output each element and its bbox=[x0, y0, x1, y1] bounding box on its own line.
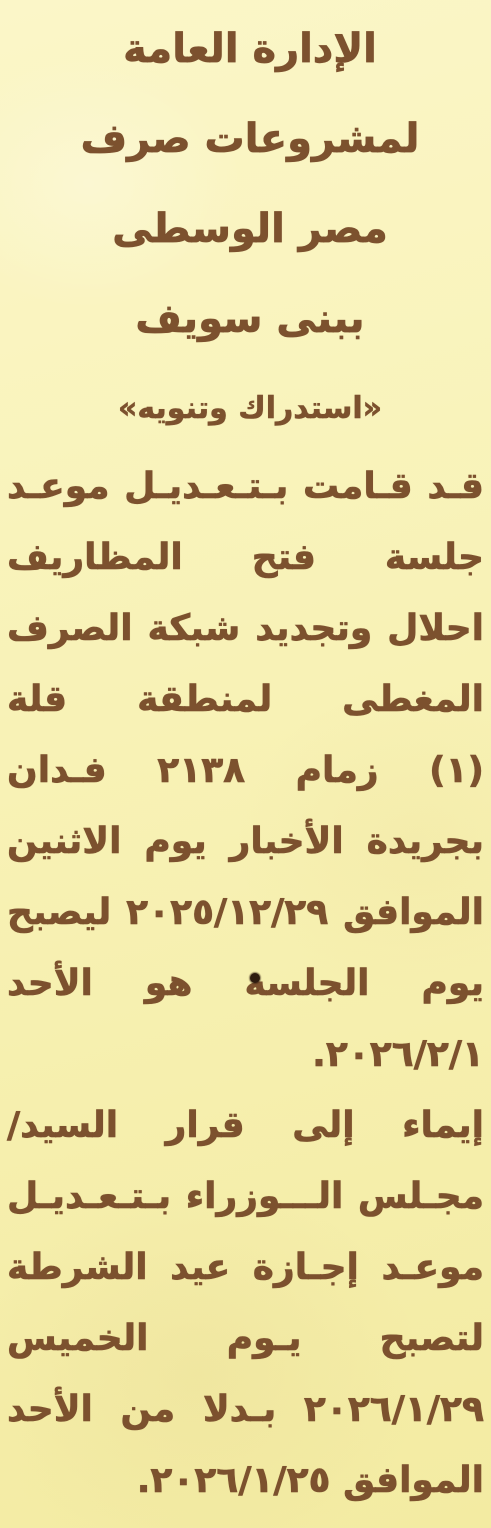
body-line: جلسة فتح المظاريف لعملية/ bbox=[0, 522, 491, 593]
header-line-projects: لمشروعات صرف bbox=[9, 94, 491, 184]
body-line: الموافق ٢٠٢٥/١٢/٢٩ ليصبح bbox=[0, 877, 491, 948]
body-line: لتصبح يـوم الخميس الموافق bbox=[0, 1303, 491, 1374]
scanned-newspaper-notice: الإدارة العامة لمشروعات صرف مصر الوسطى ب… bbox=[0, 0, 491, 1528]
body-line: بجريدة الأخبار يوم الاثنين bbox=[0, 806, 491, 877]
notice-body: قـد قـامت بـتـعـديـل موعـد جلسة فتح المظ… bbox=[0, 451, 491, 1516]
notice-header: الإدارة العامة لمشروعات صرف مصر الوسطى ب… bbox=[9, 4, 491, 454]
header-line-region: مصر الوسطى bbox=[9, 184, 491, 274]
body-line-holiday-date: الموافق ٢٠٢٦/١/٢٥. bbox=[0, 1445, 491, 1516]
body-line: (١) زمام ٢١٣٨ فـدان المنشور bbox=[0, 735, 491, 806]
notice-title: «استدراك وتنويه» bbox=[9, 364, 491, 454]
body-line-session-date: ٢٠٢٦/٢/١. bbox=[0, 1019, 491, 1090]
body-line: ٢٠٢٦/١/٢٩ بـدلا من الأحد bbox=[0, 1374, 491, 1445]
body-line: موعـد إجـازة عيد الشرطة bbox=[0, 1232, 491, 1303]
body-line: احلال وتجديد شبكة الصرف bbox=[0, 593, 491, 664]
body-line: يوم الجلسة هو الأحد الموافق bbox=[0, 948, 491, 1019]
header-line-administration: الإدارة العامة bbox=[9, 4, 491, 94]
body-line: مجـلس الـــوزراء بـتـعـديـل bbox=[0, 1161, 491, 1232]
ink-blot-artifact bbox=[250, 973, 260, 983]
body-line: المغطى لمنطقة قلة والمسيد bbox=[0, 664, 491, 735]
header-line-city: ببنى سويف bbox=[9, 274, 491, 364]
body-line: قـد قـامت بـتـعـديـل موعـد bbox=[0, 451, 491, 522]
body-line: إيماء إلى قرار السيد/ رئيس bbox=[0, 1090, 491, 1161]
